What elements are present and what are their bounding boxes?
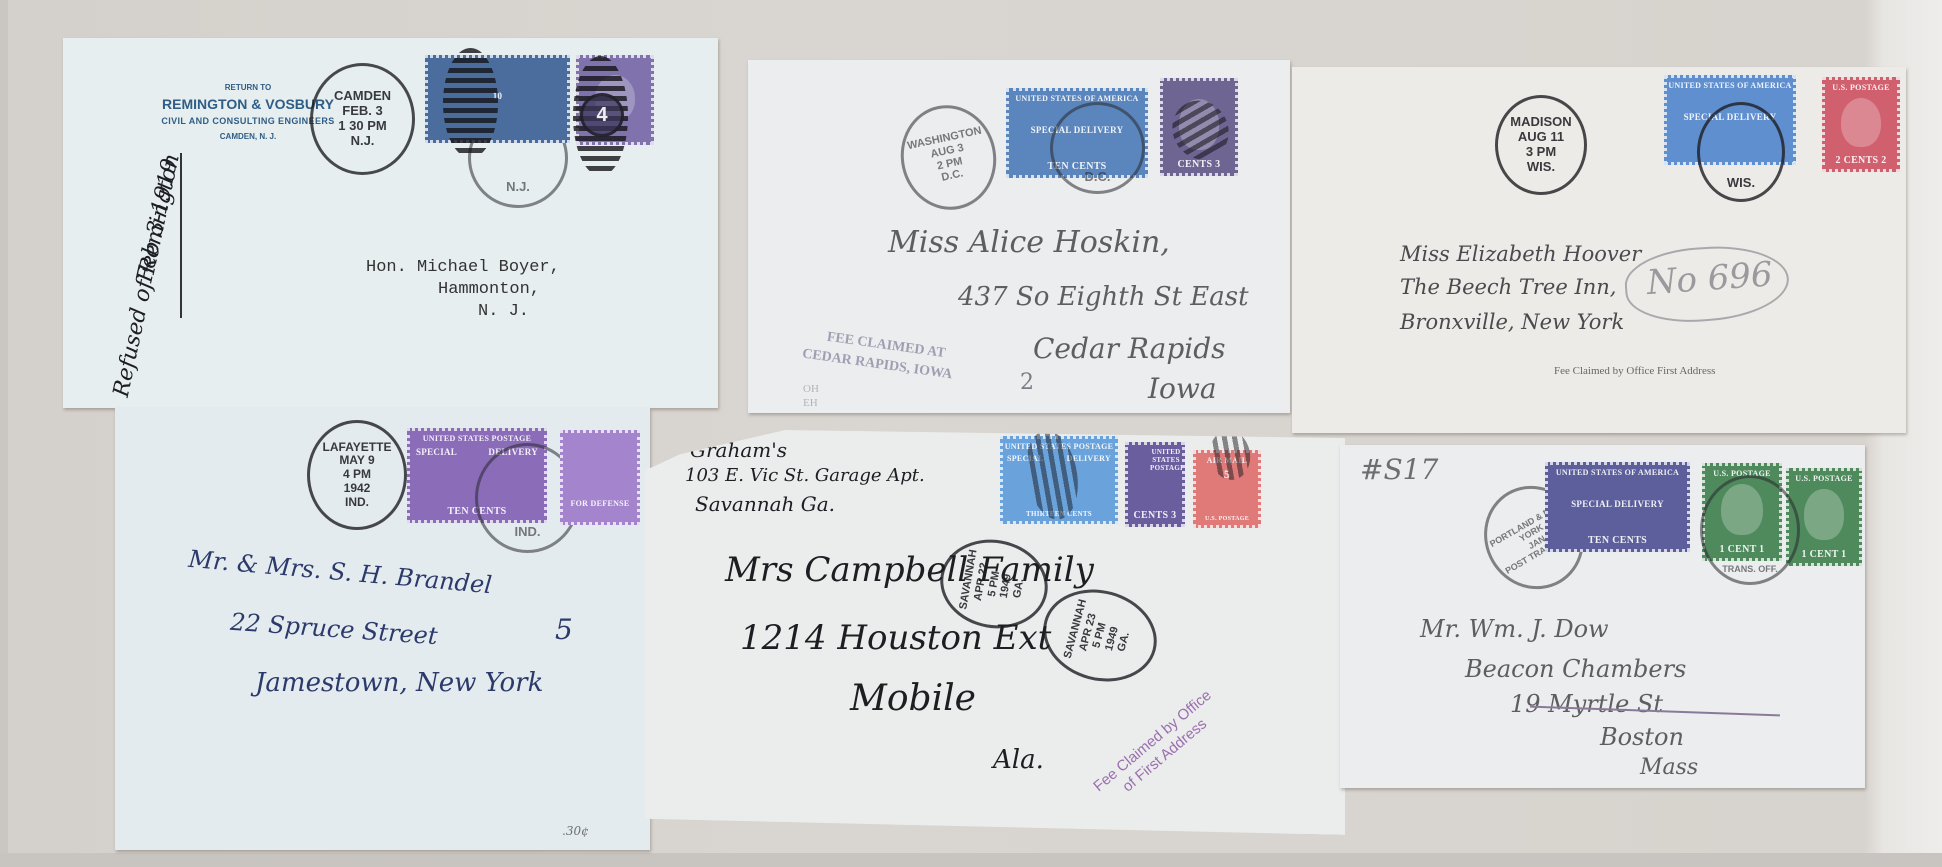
address-line: Ala. — [993, 745, 1044, 775]
fee-claimed-handstamp: Fee Claimed by Office First Address — [1554, 365, 1715, 377]
return-address-line: Graham's — [690, 438, 787, 462]
envelope-savannah-mobile: Graham's 103 E. Vic St. Garage Apt. Sava… — [645, 430, 1345, 835]
address-line: 1214 Houston Ext — [740, 618, 1051, 658]
address-line: Miss Alice Hoskin, — [888, 225, 1170, 260]
postmark: CAMDEN FEB. 3 1 30 PM N.J. — [310, 63, 415, 175]
envelope-madison-bronxville: MADISON AUG 11 3 PM WIS. UNITED STATES O… — [1292, 67, 1906, 433]
price-note: .30¢ — [562, 824, 589, 838]
address-line: N. J. — [478, 302, 529, 321]
address-line: Miss Elizabeth Hoover — [1400, 242, 1641, 266]
return-address-line: Savannah Ga. — [695, 492, 835, 516]
address-line: Jamestown, New York — [255, 668, 543, 698]
address-line: 22 Spruce Street — [229, 608, 438, 650]
return-address-line: 103 E. Vic St. Garage Apt. — [685, 465, 925, 486]
side-note-date: Feb 3-1919 — [133, 156, 184, 284]
address-line: 437 So Eighth St East — [958, 282, 1249, 312]
postmark: MADISON AUG 11 3 PM WIS. — [1495, 95, 1587, 195]
postmark-secondary: TRANS. OFF. — [1700, 475, 1800, 585]
postmark-secondary: D.C. — [1050, 102, 1145, 194]
envelope-portland-boston: #S17 PORTLAND & NEW YORK JAN POST TRANS.… — [1340, 445, 1865, 788]
extra-mark: 5 — [555, 613, 573, 646]
handstamp-extra: OH EH — [803, 382, 819, 411]
postmark: LAFAYETTE MAY 9 4 PM 1942 IND. — [307, 420, 407, 530]
postmark-secondary: WIS. — [1697, 102, 1785, 202]
stamp-special-delivery: UNITED STATES OF AMERICA SPECIAL DELIVER… — [1545, 462, 1690, 552]
address-line: Iowa — [1148, 372, 1217, 405]
address-line: Mr. & Mrs. S. H. Brandel — [187, 545, 493, 599]
address-line: Cedar Rapids — [1033, 332, 1226, 365]
envelope-remington-vosbury: RETURN TO REMINGTON & VOSBURY CIVIL AND … — [63, 38, 718, 408]
underline — [180, 153, 182, 318]
address-line: Bronxville, New York — [1400, 310, 1624, 334]
background-edge — [0, 0, 8, 867]
address-line: Mr. Wm. J. Dow — [1420, 615, 1609, 643]
stamp-defense: FOR DEFENSE — [560, 430, 640, 525]
circled-note: No 696 — [1623, 241, 1792, 326]
stamp-2-cent: U.S. POSTAGE 2 CENTS 2 — [1822, 77, 1900, 172]
address-line: Mobile — [850, 678, 976, 719]
postmark-killer — [443, 48, 498, 158]
fee-claimed-handstamp: FEE CLAIMED AT CEDAR RAPIDS, IOWA — [801, 325, 956, 385]
address-line: Mass — [1640, 755, 1698, 780]
address-line: The Beech Tree Inn, — [1400, 275, 1616, 299]
stamp-3-cent: UNITED STATES POSTAGE CENTS 3 — [1125, 442, 1185, 527]
envelope-washington-cedar-rapids: WASHINGTON AUG 3 2 PM D.C. UNITED STATES… — [748, 60, 1290, 413]
note-number: 2 — [1020, 370, 1034, 395]
address-line: Hon. Michael Boyer, — [366, 258, 560, 277]
pencil-note: #S17 — [1360, 453, 1438, 486]
address-line: Mrs Campbell Family — [725, 550, 1094, 590]
envelope-lafayette-jamestown: LAFAYETTE MAY 9 4 PM 1942 IND. UNITED ST… — [115, 408, 650, 850]
address-line: Beacon Chambers — [1465, 655, 1686, 683]
fee-claimed-handstamp: Fee Claimed by Office of First Address — [1090, 687, 1228, 811]
killer-number: 4 — [580, 93, 624, 137]
address-line: Boston — [1600, 723, 1684, 751]
postmark-secondary: SAVANNAH APR 23 5 PM 1949 GA. — [1033, 577, 1167, 694]
postmark: WASHINGTON AUG 3 2 PM D.C. — [891, 96, 1006, 218]
address-line: 19 Myrtle St — [1510, 690, 1663, 718]
address-line: Hammonton, — [438, 280, 540, 299]
background-edge — [0, 853, 1942, 867]
